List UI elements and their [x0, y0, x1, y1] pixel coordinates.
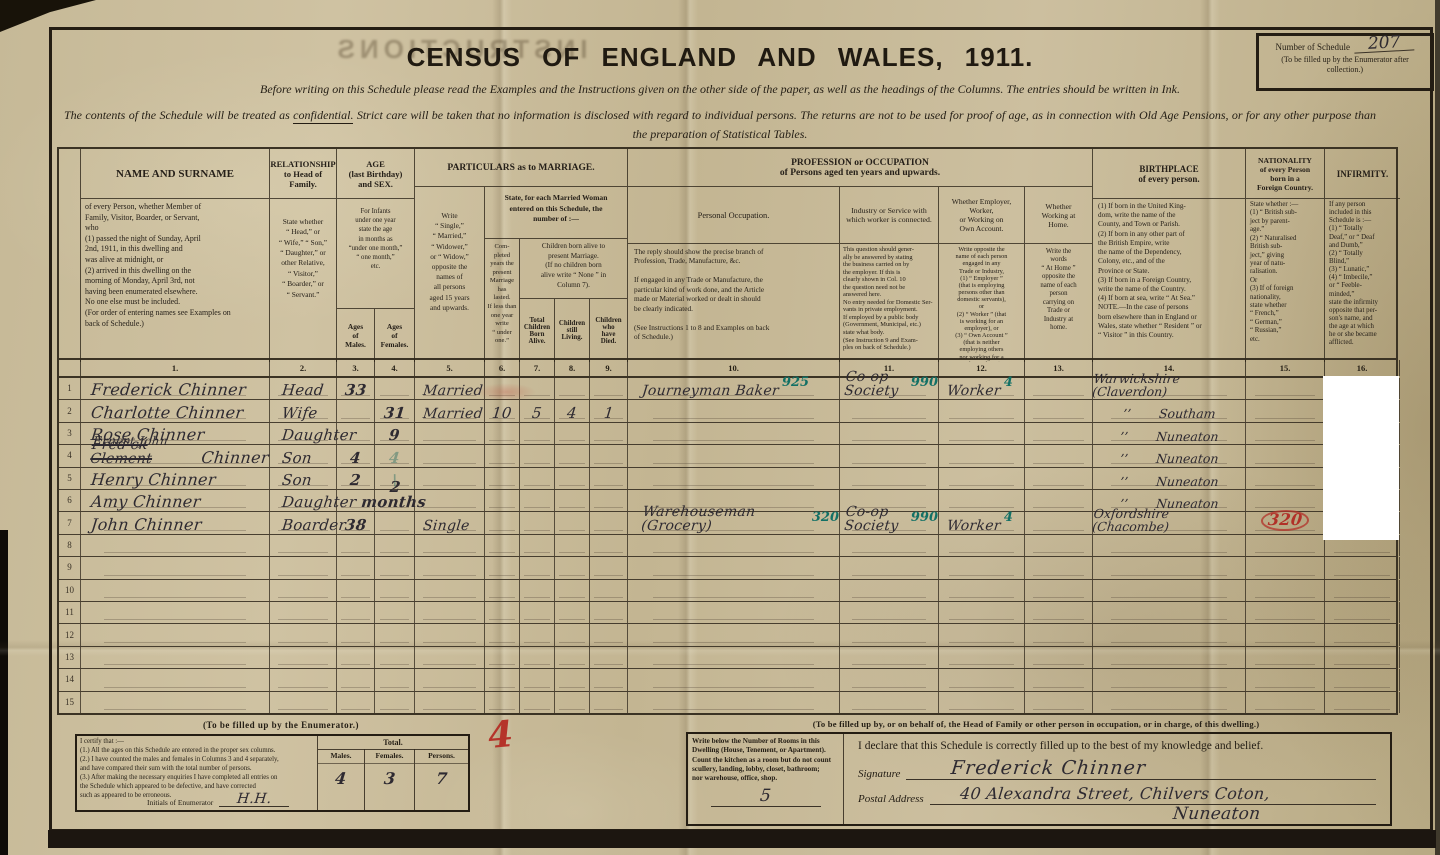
- cell-relationship: [270, 624, 337, 645]
- cell-marriage: [415, 580, 485, 601]
- cell-age_m: [337, 557, 375, 578]
- postal-address-value-2: Nuneaton: [1172, 806, 1261, 823]
- cell-years: [485, 535, 520, 556]
- head-section-box: Write below the Number of Rooms in this …: [686, 732, 1392, 826]
- cell-nationality: 320: [1246, 512, 1325, 533]
- column-number: 2.: [270, 360, 337, 376]
- table-body: 1Frederick ChinnerHead33MarriedJourneyma…: [57, 378, 1398, 715]
- column-number: 5.: [415, 360, 485, 376]
- cell-status: [939, 692, 1025, 713]
- cell-marriage: [415, 692, 485, 713]
- column-number: 16.: [1325, 360, 1400, 376]
- cell-marriage: [415, 423, 485, 444]
- col-header-ages-females: Ages of Females.: [375, 309, 415, 362]
- enumerator-section-title: (To be filled up by the Enumerator.): [90, 720, 472, 730]
- cell-no: 8: [59, 535, 81, 556]
- cell-birthplace: ’’Nuneaton: [1093, 445, 1246, 466]
- cell-name: John Chinner: [81, 512, 270, 533]
- cell-at_home: [1025, 624, 1093, 645]
- table-row: 2Charlotte ChinnerWife31Married10541’’So…: [59, 400, 1396, 422]
- cell-birthplace: [1093, 692, 1246, 713]
- cell-c_born: [520, 490, 555, 511]
- column-number: 15.: [1246, 360, 1325, 376]
- cell-industry: [840, 692, 939, 713]
- table-row: 3Rose ChinnerDaughter9’’Nuneaton: [59, 423, 1396, 445]
- red-code: 320: [1260, 510, 1311, 531]
- cell-industry: [840, 647, 939, 668]
- cell-relationship: [270, 557, 337, 578]
- totals-males-col: Males. 4: [318, 749, 365, 810]
- redaction-patch: [1323, 376, 1399, 540]
- cell-at_home: [1025, 692, 1093, 713]
- cell-years: [485, 490, 520, 511]
- cell-age_m: 4: [337, 445, 375, 466]
- column-number: 4.: [375, 360, 415, 376]
- cell-name: [81, 669, 270, 690]
- cell-c_born: [520, 602, 555, 623]
- cell-years: [485, 580, 520, 601]
- cell-industry: [840, 557, 939, 578]
- cell-marriage: Married: [415, 378, 485, 399]
- cell-age_f: [375, 602, 415, 623]
- cell-relationship: Daughter: [270, 423, 337, 444]
- cell-years: 10: [485, 400, 520, 421]
- cell-c_born: [520, 423, 555, 444]
- cell-c_died: [590, 557, 628, 578]
- cell-status: [939, 602, 1025, 623]
- column-number: 10.: [628, 360, 840, 376]
- cell-age_f: [375, 692, 415, 713]
- table-row: 1Frederick ChinnerHead33MarriedJourneyma…: [59, 378, 1396, 400]
- cell-industry: [840, 400, 939, 421]
- col-header-13-desc: Write the words “ At Home ” opposite the…: [1025, 244, 1093, 362]
- cell-birthplace: [1093, 602, 1246, 623]
- cell-marriage: [415, 535, 485, 556]
- cell-nationality: [1246, 490, 1325, 511]
- cell-status: [939, 669, 1025, 690]
- cell-age_f: [375, 647, 415, 668]
- cell-relationship: Head: [270, 378, 337, 399]
- col-header-8-label: Children still Living.: [555, 299, 590, 362]
- cell-relationship: Boarder: [270, 512, 337, 533]
- cell-birthplace: [1093, 647, 1246, 668]
- column-number: 7.: [520, 360, 555, 376]
- cell-name: Henry Chinner: [81, 468, 270, 489]
- group-header-marriage: PARTICULARS as to MARRIAGE.: [415, 149, 628, 187]
- females-label: Females.: [365, 749, 414, 764]
- cell-status: [939, 423, 1025, 444]
- photo-edge-left: [0, 530, 8, 855]
- cell-at_home: [1025, 378, 1093, 399]
- cell-c_died: [590, 490, 628, 511]
- cell-age_f: [375, 557, 415, 578]
- table-row: 13: [59, 647, 1396, 669]
- cell-name: [81, 692, 270, 713]
- cell-no: 5: [59, 468, 81, 489]
- cell-status: [939, 400, 1025, 421]
- cell-c_died: [590, 378, 628, 399]
- cell-nationality: [1246, 602, 1325, 623]
- signature-value: Frederick Chinner: [950, 759, 1147, 778]
- col-header-name-desc: of every Person, whether Member of Famil…: [81, 199, 270, 362]
- cell-industry: [840, 423, 939, 444]
- green-code: 990: [911, 375, 938, 390]
- cell-birthplace: [1093, 557, 1246, 578]
- cell-marriage: Single: [415, 512, 485, 533]
- cell-industry: [840, 445, 939, 466]
- cell-c_died: [590, 535, 628, 556]
- green-code: 990: [911, 510, 938, 525]
- column-number: 3.: [337, 360, 375, 376]
- table-row: 12: [59, 624, 1396, 646]
- cell-at_home: [1025, 557, 1093, 578]
- cell-nationality: [1246, 468, 1325, 489]
- cell-age_f: [375, 580, 415, 601]
- cell-occupation: [628, 669, 840, 690]
- cell-nationality: [1246, 692, 1325, 713]
- cell-age_m: [337, 602, 375, 623]
- cell-nationality: [1246, 647, 1325, 668]
- group-header-profession: PROFESSION or OCCUPATION of Persons aged…: [628, 149, 1093, 187]
- group-header-married-woman: State, for each Married Woman entered on…: [485, 187, 628, 239]
- head-section-title: (To be filled up by, or on behalf of, th…: [680, 719, 1392, 729]
- cell-age_f: 2 months: [375, 490, 415, 511]
- males-label: Males.: [318, 749, 364, 764]
- cell-name: Ernest JohnFred'ck Clement Chinner: [81, 445, 270, 466]
- cell-age_f: [375, 624, 415, 645]
- column-number: 1.: [81, 360, 270, 376]
- cell-c_born: [520, 535, 555, 556]
- cell-birthplace: ’’Nuneaton: [1093, 423, 1246, 444]
- persons-label: Persons.: [415, 749, 468, 764]
- cell-c_born: 5: [520, 400, 555, 421]
- cell-age_m: [337, 692, 375, 713]
- cell-infirmity: [1325, 647, 1400, 668]
- cell-years: [485, 692, 520, 713]
- col-header-age-title: AGE (last Birthday) and SEX.: [337, 149, 415, 199]
- cell-name: Charlotte Chinner: [81, 400, 270, 421]
- cell-birthplace: [1093, 669, 1246, 690]
- cell-at_home: [1025, 580, 1093, 601]
- cell-c_died: [590, 512, 628, 533]
- cell-no: 11: [59, 602, 81, 623]
- cell-nationality: [1246, 669, 1325, 690]
- cell-industry: [840, 669, 939, 690]
- intro2-post: Strict care will be taken that no inform…: [353, 108, 1376, 141]
- cell-no: 12: [59, 624, 81, 645]
- postal-address-value: 40 Alexandra Street, Chilvers Coton,: [959, 786, 1271, 802]
- cell-no: 3: [59, 423, 81, 444]
- enumerator-initials: Initials of Enumerator H.H.: [147, 792, 289, 807]
- cell-c_died: [590, 624, 628, 645]
- table-row: 9: [59, 557, 1396, 579]
- cell-occupation: [628, 580, 840, 601]
- cell-at_home: [1025, 647, 1093, 668]
- cell-c_living: [555, 602, 590, 623]
- cell-c_living: [555, 423, 590, 444]
- cell-c_living: [555, 557, 590, 578]
- cell-nationality: [1246, 400, 1325, 421]
- totals-females-col: Females. 3: [365, 749, 415, 810]
- cell-c_died: [590, 647, 628, 668]
- col-header-nationality-desc: State whether :— (1) “ British sub- ject…: [1246, 199, 1325, 362]
- cell-c_living: 4: [555, 400, 590, 421]
- cell-no: 6: [59, 490, 81, 511]
- cell-status: [939, 490, 1025, 511]
- cell-age_m: [337, 624, 375, 645]
- cell-c_living: [555, 669, 590, 690]
- cell-occupation: [628, 624, 840, 645]
- cell-status: [939, 445, 1025, 466]
- cell-age_f: [375, 378, 415, 399]
- rooms-value: 5: [759, 788, 772, 805]
- cell-age_f: 4: [375, 445, 415, 466]
- cell-industry: [840, 580, 939, 601]
- declaration-cell: I declare that this Schedule is correctl…: [844, 734, 1390, 824]
- cell-status: [939, 647, 1025, 668]
- cell-infirmity: [1325, 669, 1400, 690]
- table-row: 14: [59, 669, 1396, 691]
- col-header-10-desc: The reply should show the precise branch…: [628, 244, 840, 362]
- schedule-number-label: Number of Schedule: [1276, 42, 1350, 52]
- cell-c_living: [555, 692, 590, 713]
- cell-c_born: [520, 580, 555, 601]
- cell-status: [939, 580, 1025, 601]
- cell-occupation: [628, 423, 840, 444]
- cell-occupation: [628, 468, 840, 489]
- cell-years: [485, 557, 520, 578]
- cell-c_living: [555, 490, 590, 511]
- cell-years: [485, 445, 520, 466]
- cell-industry: [840, 624, 939, 645]
- cell-relationship: [270, 692, 337, 713]
- cell-at_home: [1025, 468, 1093, 489]
- females-value: 3: [383, 771, 396, 787]
- cell-c_living: [555, 624, 590, 645]
- cell-age_f: [375, 535, 415, 556]
- totals-header: Total.: [318, 736, 468, 750]
- cell-c_died: [590, 669, 628, 690]
- cell-c_born: [520, 692, 555, 713]
- table-row: 11: [59, 602, 1396, 624]
- col-header-13-label: Whether Working at Home.: [1025, 187, 1093, 244]
- cell-status: Worker4: [939, 378, 1025, 399]
- cell-no: 1: [59, 378, 81, 399]
- green-code: 320: [812, 510, 839, 525]
- col-header-birthplace-title: BIRTHPLACE of every person.: [1093, 149, 1246, 199]
- cell-at_home: [1025, 445, 1093, 466]
- cell-age_m: [337, 580, 375, 601]
- col-header-10-label: Personal Occupation.: [628, 187, 840, 244]
- table-row: 4Ernest JohnFred'ck Clement ChinnerSon44…: [59, 445, 1396, 467]
- cell-status: [939, 468, 1025, 489]
- cell-infirmity: [1325, 580, 1400, 601]
- col-header-relationship-desc: State whether “ Head,” or “ Wife,” “ Son…: [270, 199, 337, 362]
- cell-name: [81, 557, 270, 578]
- cell-no: 4: [59, 445, 81, 466]
- column-number: 9.: [590, 360, 628, 376]
- cell-c_living: [555, 378, 590, 399]
- column-number: 13.: [1025, 360, 1093, 376]
- cell-no: 10: [59, 580, 81, 601]
- cell-industry: [840, 602, 939, 623]
- col-header-6-desc: Com- pleted years the present Marriage h…: [485, 239, 520, 362]
- schedule-number-value: 207: [1354, 36, 1415, 54]
- cell-marriage: [415, 602, 485, 623]
- bottom-bar: [48, 830, 1436, 848]
- col-header-11-label: Industry or Service with which worker is…: [840, 187, 939, 244]
- cell-c_died: [590, 468, 628, 489]
- cell-years: [485, 669, 520, 690]
- cell-c_born: [520, 512, 555, 533]
- cell-occupation: [628, 647, 840, 668]
- cell-marriage: [415, 647, 485, 668]
- table-row: 5Henry ChinnerSon2\’’Nuneaton: [59, 468, 1396, 490]
- cell-birthplace: ’’Southam: [1093, 400, 1246, 421]
- cell-marriage: [415, 445, 485, 466]
- cell-c_died: 1: [590, 400, 628, 421]
- table-row: 10: [59, 580, 1396, 602]
- cell-relationship: [270, 669, 337, 690]
- cell-occupation: Warehouseman (Grocery)320: [628, 512, 840, 533]
- cell-name: Amy Chinner: [81, 490, 270, 511]
- cell-age_f: 9: [375, 423, 415, 444]
- col-header-ages-males: Ages of Males.: [337, 309, 375, 362]
- cell-at_home: [1025, 512, 1093, 533]
- cell-occupation: Journeyman Baker925: [628, 378, 840, 399]
- red-ink-smudge: [476, 383, 536, 401]
- col-header-11-desc: This question should gener- ally be answ…: [840, 244, 939, 362]
- intro2-pre: The contents of the Schedule will be tre…: [64, 108, 293, 122]
- cell-status: [939, 557, 1025, 578]
- col-header-birthplace-desc: (1) If born in the United King- dom, wri…: [1093, 199, 1246, 362]
- cell-c_living: [555, 445, 590, 466]
- cell-infirmity: [1325, 624, 1400, 645]
- cell-c_born: [520, 445, 555, 466]
- col-header-infirmity-desc: If any person included in this Schedule …: [1325, 199, 1400, 362]
- cell-c_died: [590, 445, 628, 466]
- cell-occupation: [628, 445, 840, 466]
- cell-no: 15: [59, 692, 81, 713]
- cell-at_home: [1025, 490, 1093, 511]
- cell-relationship: [270, 647, 337, 668]
- cell-marriage: [415, 669, 485, 690]
- cell-industry: [840, 468, 939, 489]
- cell-age_f: [375, 512, 415, 533]
- postal-address-row: Postal Address 40 Alexandra Street, Chil…: [858, 786, 1376, 805]
- cell-no: 13: [59, 647, 81, 668]
- totals-persons-col: Persons. 7: [415, 749, 468, 810]
- census-schedule-page: INSTRUCTIONS CENSUS OF ENGLAND AND WALES…: [0, 0, 1440, 855]
- col-header-nationality-title: NATIONALITY of every Person born in a Fo…: [1246, 149, 1325, 199]
- initials-value: H.H.: [236, 792, 272, 806]
- cell-age_m: [337, 669, 375, 690]
- page-title: CENSUS OF ENGLAND AND WALES, 1911.: [0, 42, 1440, 73]
- cell-age_m: [337, 647, 375, 668]
- cell-marriage: Married: [415, 400, 485, 421]
- postal-address-label: Postal Address: [858, 793, 924, 805]
- males-value: 4: [334, 771, 347, 787]
- col-header-7-label: Total Children Born Alive.: [520, 299, 555, 362]
- cell-c_born: [520, 624, 555, 645]
- cell-c_born: [520, 468, 555, 489]
- cell-birthplace: [1093, 535, 1246, 556]
- cell-name: [81, 602, 270, 623]
- green-code: 925: [782, 375, 809, 390]
- cell-relationship: Wife: [270, 400, 337, 421]
- col-header-12-label: Whether Employer, Worker, or Working on …: [939, 187, 1025, 244]
- rooms-cell: Write below the Number of Rooms in this …: [688, 734, 844, 824]
- persons-value: 7: [435, 771, 448, 787]
- cell-at_home: [1025, 535, 1093, 556]
- cell-marriage: [415, 624, 485, 645]
- cell-c_living: [555, 468, 590, 489]
- initials-label: Initials of Enumerator: [147, 798, 213, 807]
- cell-occupation: [628, 557, 840, 578]
- cell-at_home: [1025, 423, 1093, 444]
- instructions-line-1: Before writing on this Schedule please r…: [70, 82, 1370, 98]
- cell-c_died: [590, 602, 628, 623]
- signature-label: Signature: [858, 768, 900, 780]
- cell-occupation: [628, 400, 840, 421]
- cell-nationality: [1246, 445, 1325, 466]
- group-header-children: Children born alive to present Marriage.…: [520, 239, 628, 299]
- cell-at_home: [1025, 669, 1093, 690]
- cell-age_f: 31: [375, 400, 415, 421]
- cell-at_home: [1025, 400, 1093, 421]
- cell-c_born: [520, 557, 555, 578]
- table-header: NAME AND SURNAME of every Person, whethe…: [57, 147, 1398, 360]
- cell-birthplace: [1093, 580, 1246, 601]
- cell-name: [81, 580, 270, 601]
- cell-years: [485, 624, 520, 645]
- cell-c_born: [520, 669, 555, 690]
- cell-years: [485, 423, 520, 444]
- enumerator-box: I certify that :— (1.) All the ages on t…: [75, 734, 470, 812]
- cell-status: [939, 535, 1025, 556]
- cell-years: [485, 647, 520, 668]
- signature-row: Signature Frederick Chinner: [858, 759, 1376, 780]
- cell-name: [81, 647, 270, 668]
- cell-c_living: [555, 535, 590, 556]
- cell-no: 7: [59, 512, 81, 533]
- cell-infirmity: [1325, 557, 1400, 578]
- red-annotation-4: 4: [486, 713, 515, 757]
- cell-c_died: [590, 580, 628, 601]
- cell-relationship: [270, 580, 337, 601]
- cell-relationship: Son: [270, 468, 337, 489]
- cell-status: [939, 624, 1025, 645]
- green-code: 4: [1004, 375, 1013, 390]
- rooms-instructions: Write below the Number of Rooms in this …: [692, 737, 839, 784]
- table-row: 7John ChinnerBoarder38SingleWarehouseman…: [59, 512, 1396, 534]
- cell-age_f: [375, 669, 415, 690]
- cell-age_m: 33: [337, 378, 375, 399]
- cell-occupation: [628, 602, 840, 623]
- cell-infirmity: [1325, 602, 1400, 623]
- col-header-age-desc: For Infants under one year state the age…: [337, 199, 415, 309]
- cell-nationality: [1246, 535, 1325, 556]
- cell-name: [81, 624, 270, 645]
- cell-relationship: [270, 535, 337, 556]
- cell-c_living: [555, 647, 590, 668]
- cell-at_home: [1025, 602, 1093, 623]
- photo-edge-right: [1435, 0, 1440, 855]
- column-number: 8.: [555, 360, 590, 376]
- cell-no: 14: [59, 669, 81, 690]
- cell-name: [81, 535, 270, 556]
- cell-infirmity: [1325, 692, 1400, 713]
